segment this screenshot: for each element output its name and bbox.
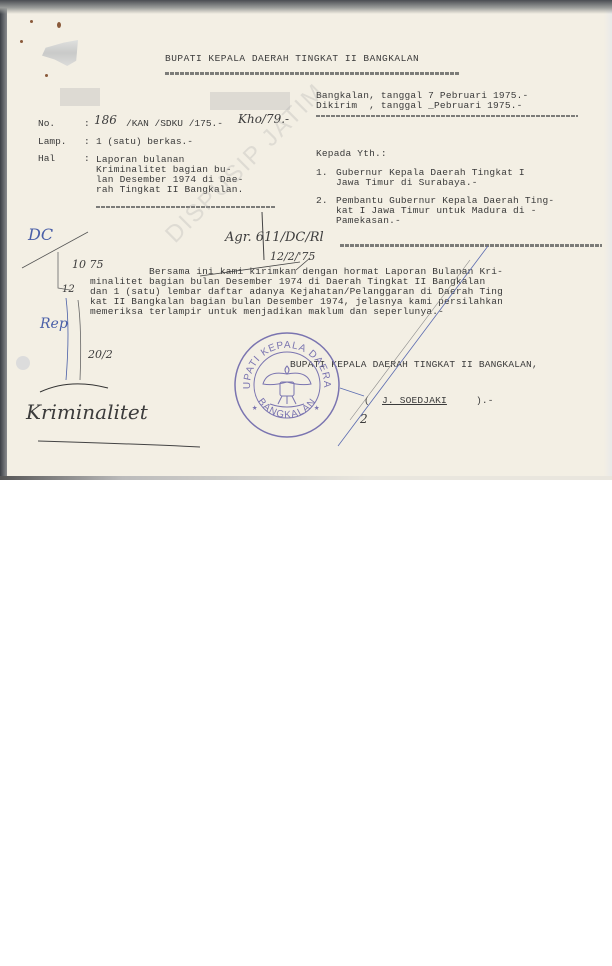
margin-note-date3: 20/2 [88, 348, 113, 361]
margin-note-date2: 12 [62, 284, 75, 295]
margin-note-rep: Rep [40, 316, 68, 332]
scanned-letter: BUPATI KEPALA DAERAH TINGKAT II BANGKALA… [0, 0, 612, 480]
category-note: Kriminalitet [26, 400, 148, 424]
margin-note-date1: 10 75 [72, 258, 104, 271]
